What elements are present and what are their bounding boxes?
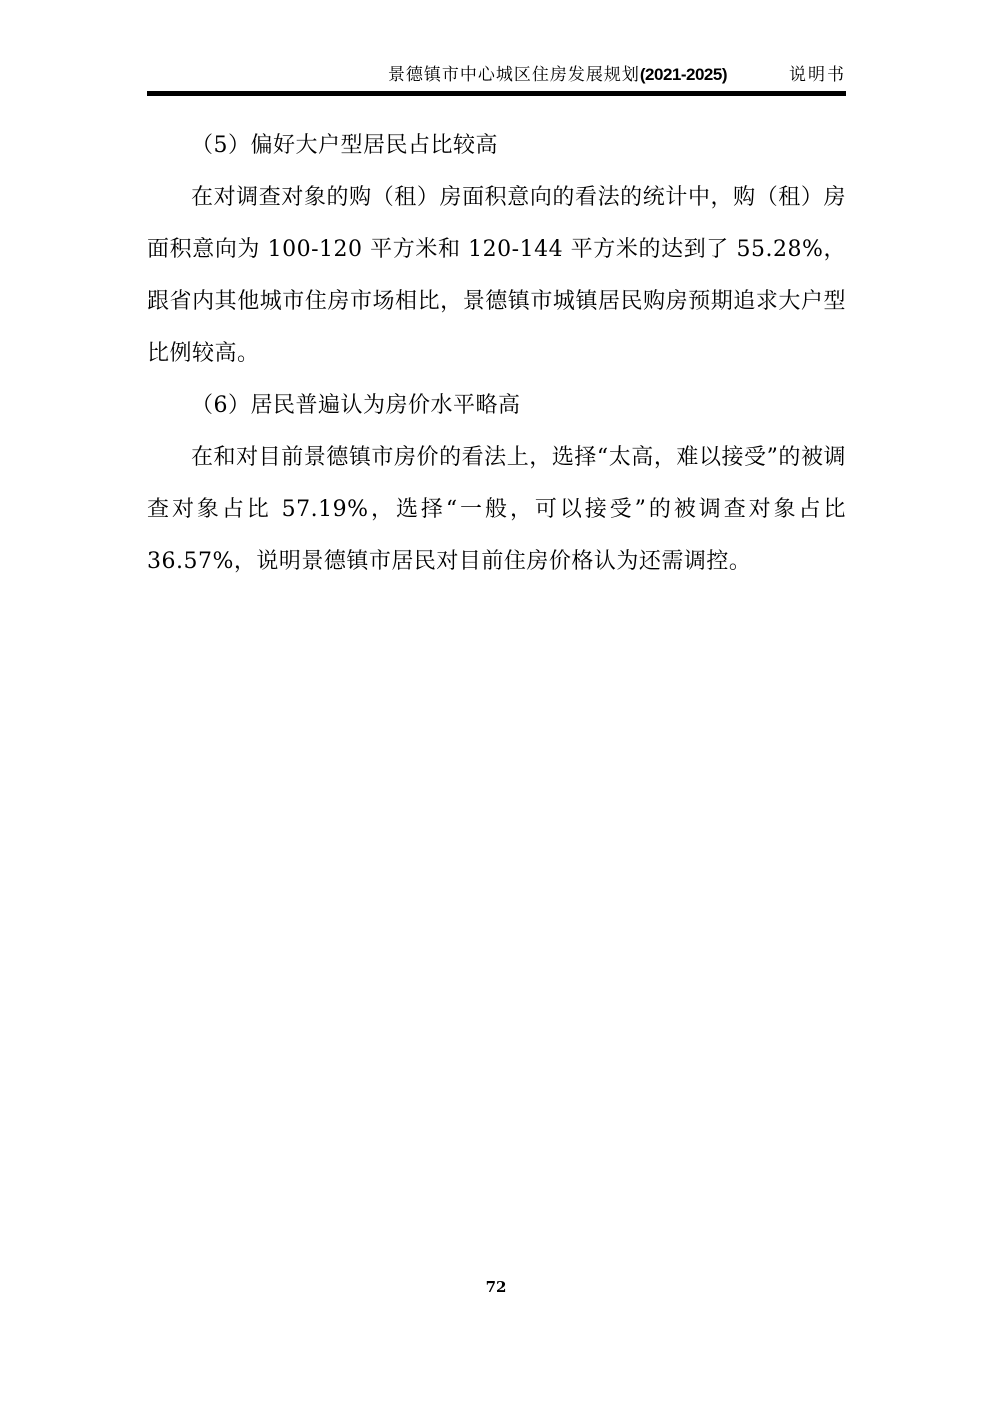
header-divider-rule (147, 91, 846, 96)
section-paragraph-5: 在对调查对象的购（租）房面积意向的看法的统计中，购（租）房面积意向为 100-1… (147, 172, 846, 380)
section-heading-6: （6）居民普遍认为房价水平略高 (147, 380, 846, 432)
section-paragraph-6: 在和对目前景德镇市房价的看法上，选择“太高，难以接受”的被调查对象占比 57.1… (147, 432, 846, 588)
header-title-years: (2021-2025) (640, 65, 727, 84)
page-footer: 72 (0, 1278, 992, 1296)
header-title: 景德镇市中心城区住房发展规划 (388, 65, 640, 85)
section-heading-5: （5）偏好大户型居民占比较高 (147, 120, 846, 172)
page-number: 72 (486, 1278, 507, 1296)
document-page: 景德镇市中心城区住房发展规划(2021-2025)说明书 （5）偏好大户型居民占… (0, 0, 992, 1403)
page-header: 景德镇市中心城区住房发展规划(2021-2025)说明书 (147, 62, 846, 88)
header-doc-type: 说明书 (789, 65, 846, 85)
document-body: （5）偏好大户型居民占比较高 在对调查对象的购（租）房面积意向的看法的统计中，购… (147, 120, 846, 588)
